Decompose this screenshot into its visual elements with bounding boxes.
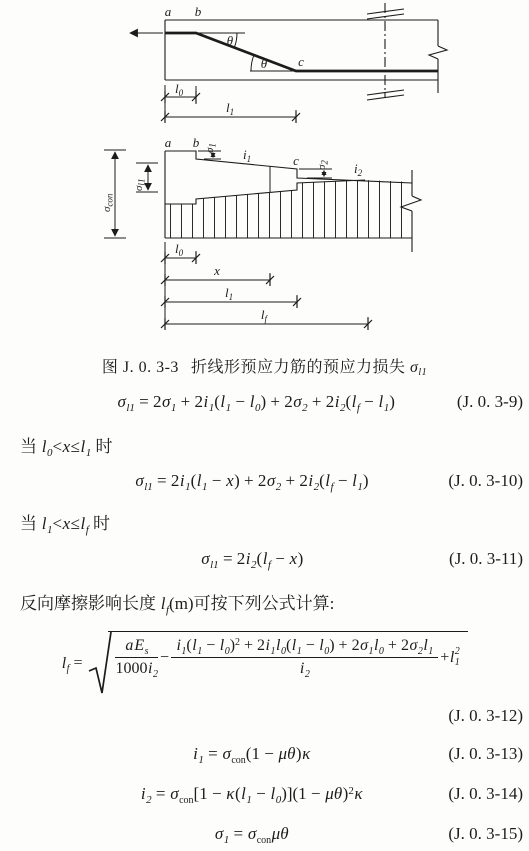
equation-row-9: σl1 = 2σ1 + 2i1(l1 − l0) + 2σ2 + 2i2(lf …: [0, 392, 529, 412]
equation-11-number: (J. 0. 3-11): [449, 549, 523, 569]
equation-row-11: σl1 = 2i2(lf − x) (J. 0. 3-11): [0, 549, 529, 569]
figure-j033-svg: a b θ θ c l0 l1: [0, 0, 529, 348]
equation-13-number: (J. 0. 3-13): [448, 744, 523, 764]
label-sigma1: σ1: [204, 143, 218, 153]
label-b: b: [195, 4, 202, 19]
equation-10-number: (J. 0. 3-10): [448, 471, 523, 491]
label-theta-1: θ: [227, 33, 234, 48]
equation-10: σl1 = 2i1(l1 − x) + 2σ2 + 2i2(lf − l1): [55, 471, 448, 491]
equation-row-15: σ1 = σconμθ (J. 0. 3-15): [0, 824, 529, 844]
equation-14-number: (J. 0. 3-14): [448, 784, 523, 804]
equation-9: σl1 = 2σ1 + 2i1(l1 − l0) + 2σ2 + 2i2(lf …: [55, 392, 457, 412]
label-b2: b: [193, 135, 200, 150]
label-a2: a: [165, 135, 172, 150]
label-theta-2: θ: [261, 56, 268, 71]
condition-line-1: 当 l0<x≤l1 时: [20, 432, 112, 457]
figure-j033: a b θ θ c l0 l1: [0, 0, 529, 348]
stress-loss-hatch-area: [165, 180, 412, 238]
beam-right-break-line: [429, 20, 447, 93]
dim-x-label: x: [213, 263, 220, 278]
label-sigma-con: σcon: [101, 193, 115, 212]
dim-lf-label: lf: [261, 307, 269, 324]
figure-caption-number: 图 J. 0. 3-3: [102, 359, 179, 376]
equation-13: i1 = σcon(1 − μθ)κ: [55, 744, 448, 764]
equation-12-number-row: (J. 0. 3-12): [0, 706, 529, 726]
equation-15: σ1 = σconμθ: [55, 824, 448, 844]
figure-caption: 图 J. 0. 3-3折线形预应力筋的预应力损失 σl1: [0, 354, 529, 377]
label-i2: i2: [354, 161, 363, 178]
label-sigma2: σ2: [316, 160, 330, 170]
equation-row-14: i2 = σcon[1 − κ(l1 − l0)](1 − μθ)2κ (J. …: [0, 784, 529, 804]
theta-arc-c: [251, 55, 254, 71]
equation-12: lf = aEs1000i2 − i1(l1 − l0)2 + 2i1l0(l1…: [61, 631, 468, 697]
equation-9-number: (J. 0. 3-9): [457, 392, 523, 412]
stress-diagram: [104, 150, 421, 330]
label-sigma-l1: σl1: [133, 179, 147, 191]
stress-before-loss-profile: [165, 151, 412, 183]
document-page: a b θ θ c l0 l1: [0, 0, 529, 851]
equation-14: i2 = σcon[1 − κ(l1 − l0)](1 − μθ)2κ: [55, 784, 448, 804]
paragraph-lf-intro: 反向摩擦影响长度 lf(m)可按下列公式计算:: [20, 589, 334, 614]
beam-elevation-diagram: [130, 3, 447, 123]
dim-l1-label-top: l1: [226, 100, 234, 117]
label-c: c: [298, 54, 304, 69]
condition-line-2: 当 l1<x≤lf 时: [20, 509, 110, 534]
figure-caption-title: 折线形预应力筋的预应力损失: [191, 359, 406, 376]
equation-15-number: (J. 0. 3-15): [448, 824, 523, 844]
equation-row-13: i1 = σcon(1 − μθ)κ (J. 0. 3-13): [0, 744, 529, 764]
beam-diagram-labels: a b θ θ c l0 l1: [165, 4, 304, 117]
dim-l0-label: l0: [175, 241, 184, 258]
label-a: a: [165, 4, 172, 19]
label-c2: c: [293, 153, 299, 168]
label-i1: i1: [243, 147, 251, 164]
dim-l1-label: l1: [225, 285, 233, 302]
equation-row-12: lf = aEs1000i2 − i1(l1 − l0)2 + 2i1l0(l1…: [0, 620, 529, 708]
theta-arc-b: [234, 33, 237, 48]
dim-l0-label-top: l0: [175, 81, 184, 98]
equation-12-number: (J. 0. 3-12): [448, 706, 523, 726]
equation-row-10: σl1 = 2i1(l1 − x) + 2σ2 + 2i2(lf − l1) (…: [0, 471, 529, 491]
equation-11: σl1 = 2i2(lf − x): [55, 549, 449, 569]
